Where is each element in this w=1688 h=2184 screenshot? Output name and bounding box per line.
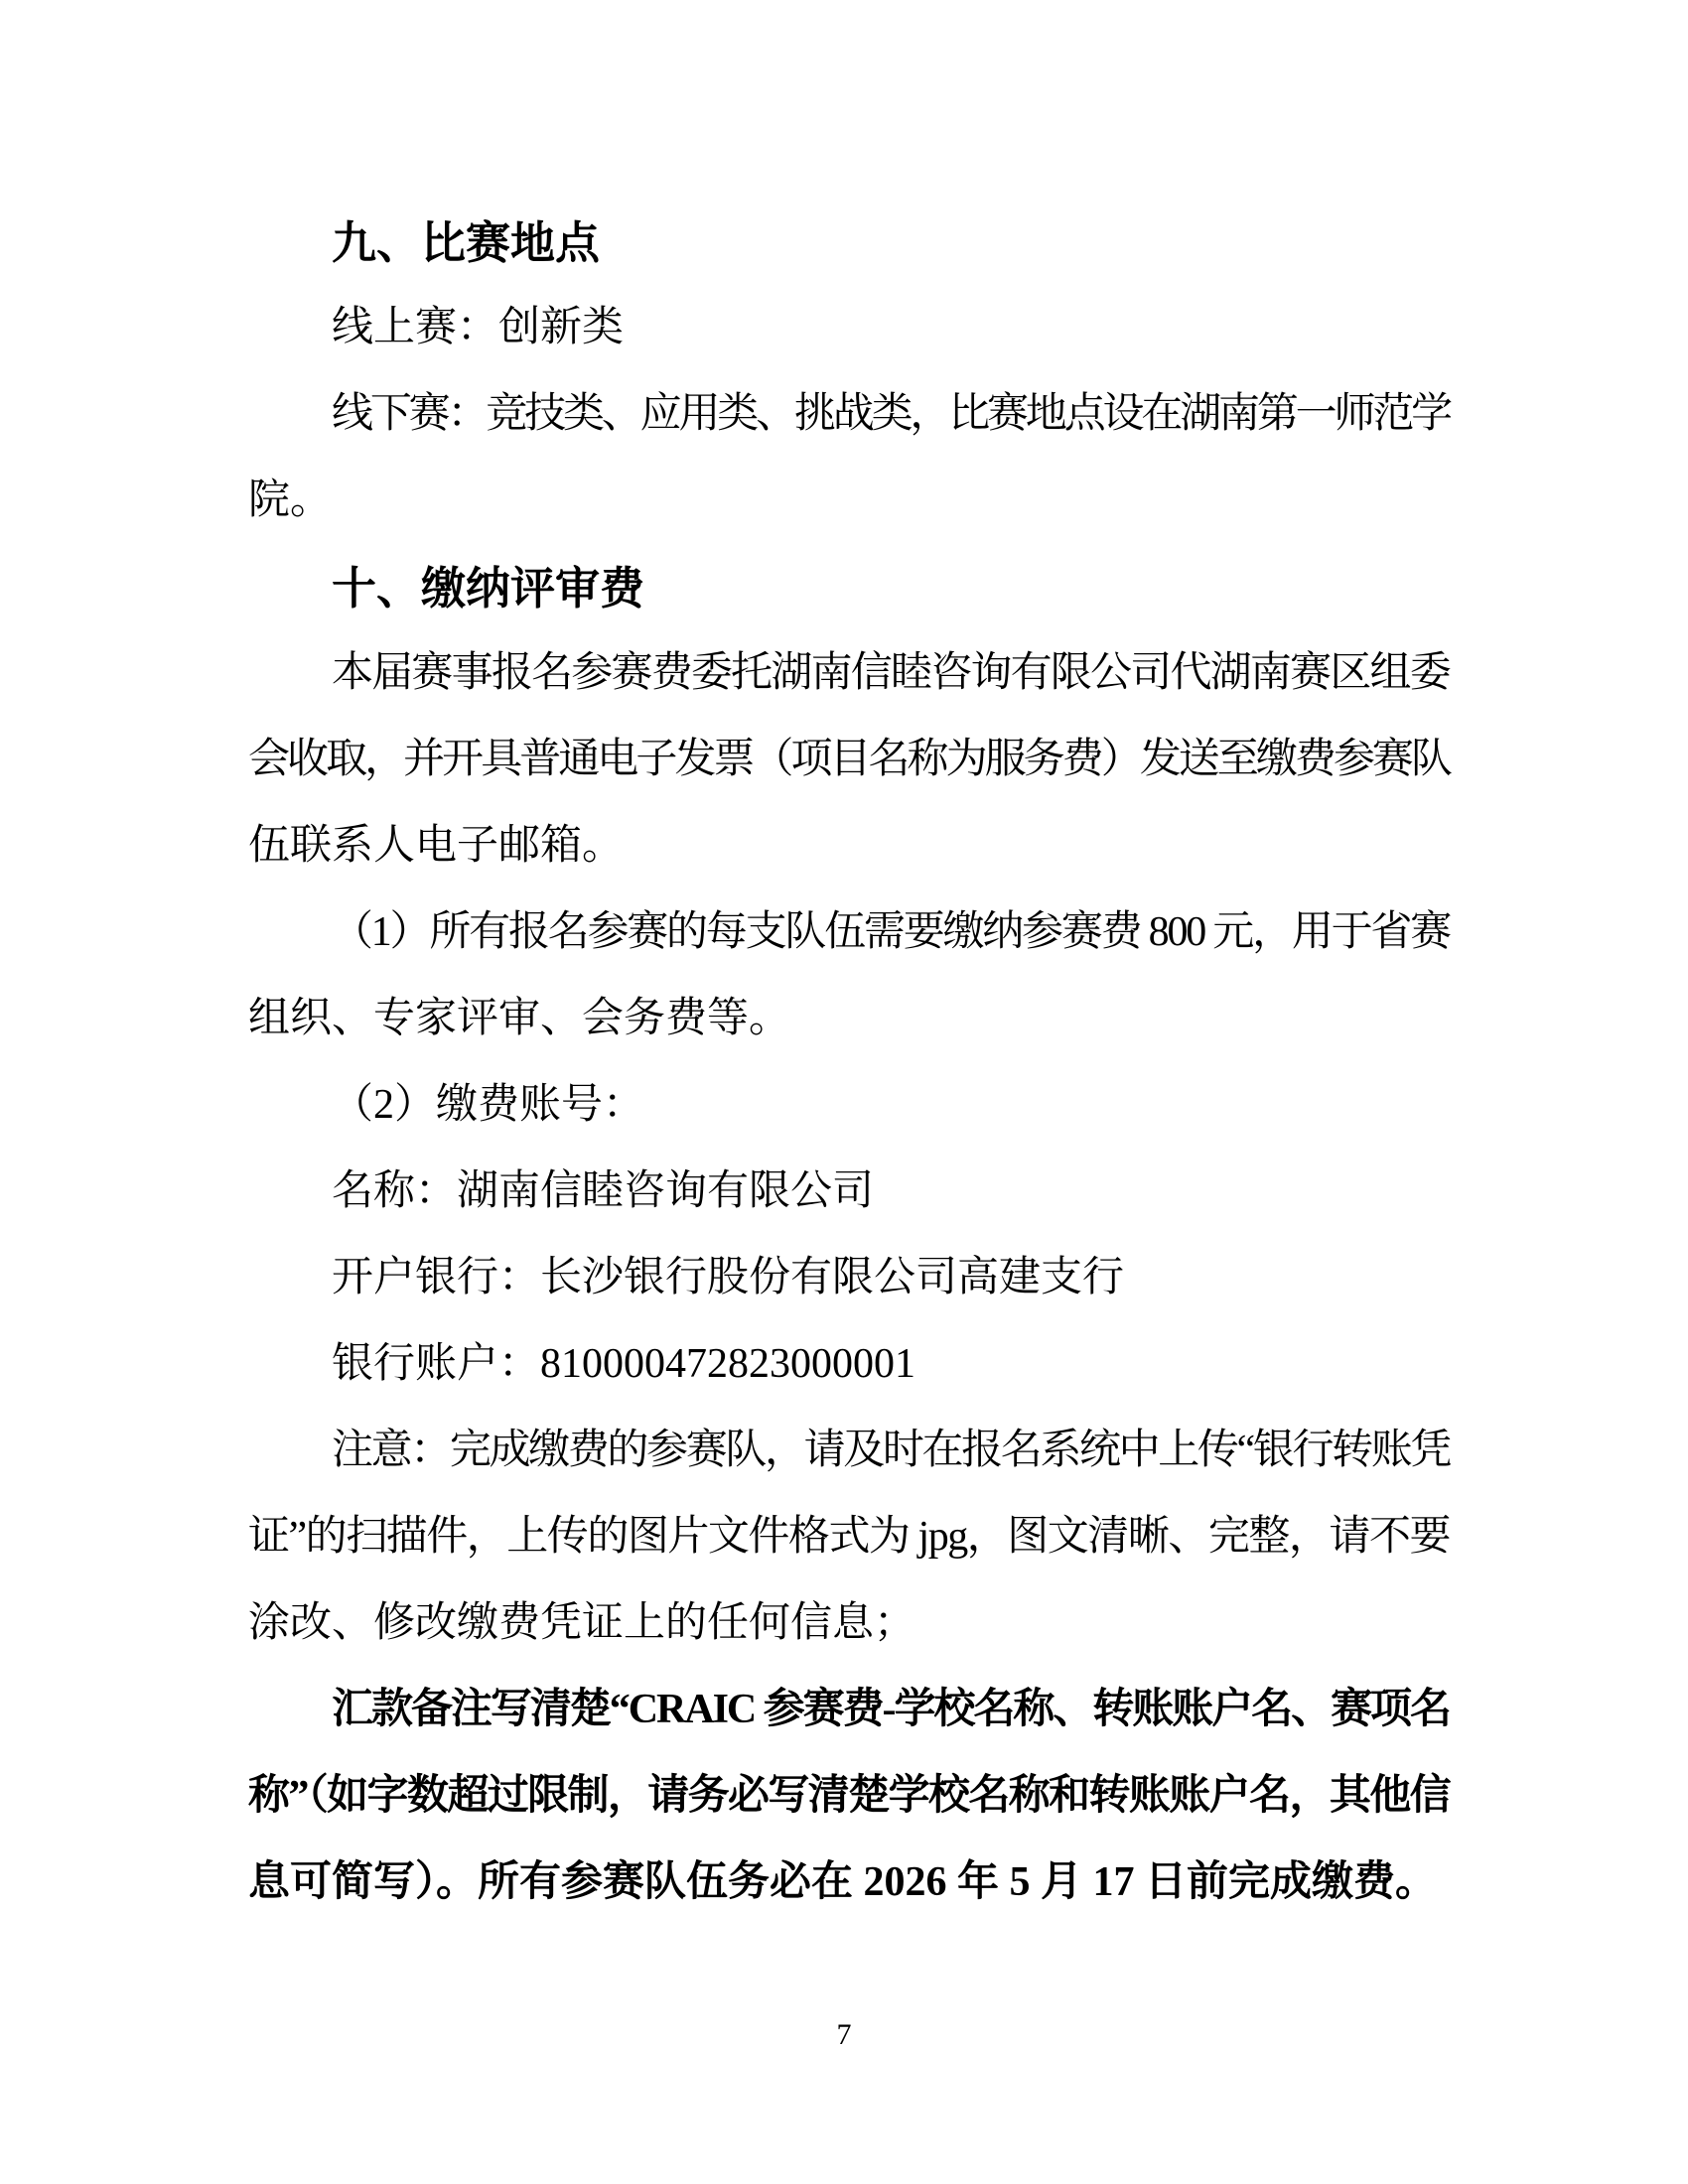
text-line: 伍联系人电子邮箱。: [248, 821, 1450, 907]
text-line-content: 本届赛事报名参赛费委托湖南信睦咨询有限公司代湖南赛区组委: [332, 648, 1450, 698]
text-line: 注意：完成缴费的参赛队，请及时在报名系统中上传“银行转账凭: [248, 1426, 1450, 1512]
text-line: 会收取，并开具普通电子发票（项目名称为服务费）发送至缴费参赛队: [248, 735, 1450, 821]
page-number: 7: [0, 2017, 1688, 2053]
text-line: （1）所有报名参赛的每支队伍需要缴纳参赛费 800 元，用于省赛: [248, 907, 1450, 994]
text-line-content: 开户银行：长沙银行股份有限公司高建支行: [332, 1253, 1124, 1302]
text-line-content: 涂改、修改缴费凭证上的任何信息；: [248, 1598, 915, 1648]
text-line-content: 称”（如字数超过限制，请务必写清楚学校名称和转账账户名，其他信: [248, 1771, 1450, 1821]
text-line-content: 九、比赛地点: [332, 216, 600, 270]
text-line: 称”（如字数超过限制，请务必写清楚学校名称和转账账户名，其他信: [248, 1771, 1450, 1857]
text-line: 开户银行：长沙银行股份有限公司高建支行: [248, 1253, 1450, 1339]
text-line-content: 息可简写）。所有参赛队伍务必在 2026 年 5 月 17 日前完成缴费。: [248, 1857, 1437, 1907]
section-heading: 九、比赛地点: [248, 216, 1450, 303]
text-line-content: 银行账户：810000472823000001: [332, 1339, 915, 1389]
document-body: 九、比赛地点线上赛：创新类线下赛：竞技类、应用类、挑战类，比赛地点设在湖南第一师…: [248, 216, 1450, 1944]
text-line: 线下赛：竞技类、应用类、挑战类，比赛地点设在湖南第一师范学: [248, 389, 1450, 476]
text-line: 证”的扫描件，上传的图片文件格式为 jpg，图文清晰、完整，请不要: [248, 1512, 1450, 1598]
text-line-content: 院。: [248, 476, 332, 525]
text-line: 院。: [248, 476, 1450, 562]
text-line: 汇款备注写清楚“CRAIC 参赛费-学校名称、转账账户名、赛项名: [248, 1685, 1450, 1771]
text-line: 名称：湖南信睦咨询有限公司: [248, 1166, 1450, 1253]
document-page: 九、比赛地点线上赛：创新类线下赛：竞技类、应用类、挑战类，比赛地点设在湖南第一师…: [0, 0, 1688, 2184]
text-line: 银行账户：810000472823000001: [248, 1339, 1450, 1426]
text-line: 组织、专家评审、会务费等。: [248, 994, 1450, 1080]
text-line-content: 会收取，并开具普通电子发票（项目名称为服务费）发送至缴费参赛队: [248, 735, 1450, 784]
text-line-content: 线上赛：创新类: [332, 303, 624, 352]
text-line: （2）缴费账号：: [248, 1080, 1450, 1166]
text-line: 线上赛：创新类: [248, 303, 1450, 389]
text-line-content: 名称：湖南信睦咨询有限公司: [332, 1166, 874, 1216]
text-line-content: （1）所有报名参赛的每支队伍需要缴纳参赛费 800 元，用于省赛: [332, 907, 1450, 957]
text-line-content: 注意：完成缴费的参赛队，请及时在报名系统中上传“银行转账凭: [332, 1426, 1450, 1475]
text-line-content: 线下赛：竞技类、应用类、挑战类，比赛地点设在湖南第一师范学: [332, 389, 1450, 439]
text-line: 息可简写）。所有参赛队伍务必在 2026 年 5 月 17 日前完成缴费。: [248, 1857, 1450, 1944]
text-line-content: 十、缴纳评审费: [332, 562, 644, 615]
text-line-content: 伍联系人电子邮箱。: [248, 821, 624, 871]
text-line-content: 证”的扫描件，上传的图片文件格式为 jpg，图文清晰、完整，请不要: [248, 1512, 1450, 1562]
text-line: 本届赛事报名参赛费委托湖南信睦咨询有限公司代湖南赛区组委: [248, 648, 1450, 735]
text-line-content: 组织、专家评审、会务费等。: [248, 994, 790, 1043]
section-heading: 十、缴纳评审费: [248, 562, 1450, 648]
text-line-content: （2）缴费账号：: [332, 1080, 644, 1130]
text-line: 涂改、修改缴费凭证上的任何信息；: [248, 1598, 1450, 1685]
text-line-content: 汇款备注写清楚“CRAIC 参赛费-学校名称、转账账户名、赛项名: [332, 1685, 1450, 1734]
